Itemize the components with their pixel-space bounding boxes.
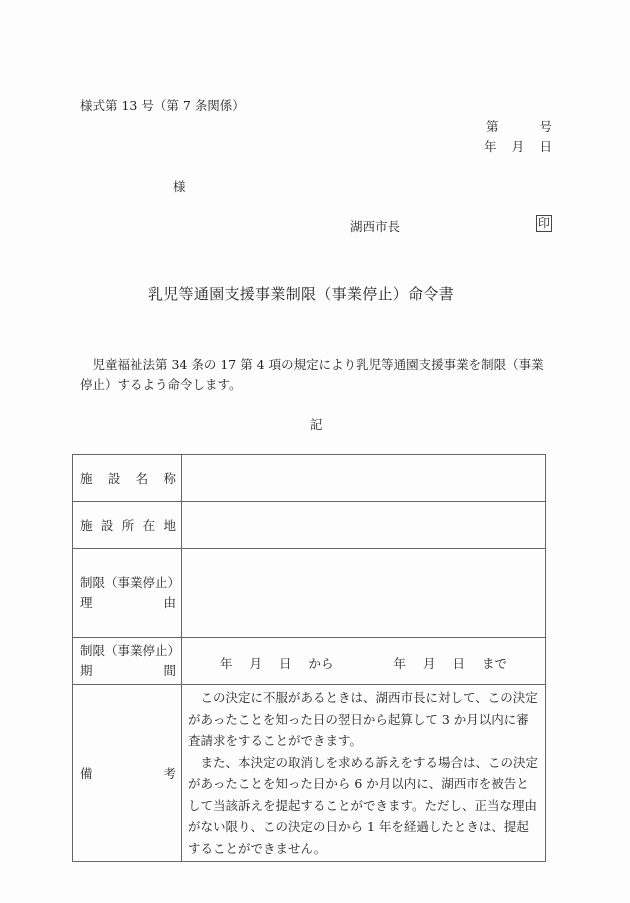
label-char: 施 bbox=[80, 469, 93, 487]
period-value[interactable]: 年 月 日 から 年 月 日 まで bbox=[182, 638, 546, 685]
remarks-label: 備 考 bbox=[73, 685, 182, 862]
reason-label: 制限（事業停止） 理 由 bbox=[73, 549, 182, 638]
remarks-paragraph-lawsuit: また、本決定の取消しを求める訴えをする場合は、この決定があったことを知った日から… bbox=[188, 752, 539, 860]
from-month: 月 bbox=[249, 654, 262, 672]
to-day: 日 bbox=[453, 654, 466, 672]
label-char: 設 bbox=[108, 469, 121, 487]
facility-name-label: 施 設 名 称 bbox=[73, 455, 182, 502]
label-char: 称 bbox=[163, 469, 176, 487]
from-text: から bbox=[308, 654, 333, 672]
issuer: 湖西市長 bbox=[350, 217, 400, 235]
from-day: 日 bbox=[279, 654, 292, 672]
from-year: 年 bbox=[220, 654, 233, 672]
date-day: 日 bbox=[539, 137, 552, 155]
label-char: 施 bbox=[80, 516, 93, 534]
date-month: 月 bbox=[512, 137, 525, 155]
reason-label-line1: 制限（事業停止） bbox=[80, 573, 176, 593]
label-char: 地 bbox=[163, 516, 176, 534]
reason-value[interactable] bbox=[182, 549, 546, 638]
issue-date: 年 月 日 bbox=[484, 137, 552, 155]
label-char: 理 bbox=[80, 593, 93, 613]
table-row-facility-name: 施 設 名 称 bbox=[73, 455, 546, 502]
table-row-remarks: 備 考 この決定に不服があるときは、湖西市長に対して、この決定があったことを知っ… bbox=[73, 685, 546, 862]
body-text: 児童福祉法第 34 条の 17 第 4 項の規定により乳児等通園支援事業を制限（… bbox=[80, 355, 550, 395]
label-char: 設 bbox=[101, 516, 114, 534]
label-char: 間 bbox=[163, 661, 176, 681]
to-year: 年 bbox=[394, 654, 407, 672]
facility-name-value[interactable] bbox=[182, 455, 546, 502]
table-row-facility-address: 施 設 所 在 地 bbox=[73, 502, 546, 549]
remarks-paragraph-appeal: この決定に不服があるときは、湖西市長に対して、この決定があったことを知った日の翌… bbox=[188, 687, 539, 752]
table-row-period: 制限（事業停止） 期 間 年 月 日 から 年 月 日 まで bbox=[73, 638, 546, 685]
document-title: 乳児等通園支援事業制限（事業停止）命令書 bbox=[148, 283, 454, 304]
facility-address-value[interactable] bbox=[182, 502, 546, 549]
label-char: 所 bbox=[122, 516, 135, 534]
number-suffix: 号 bbox=[539, 117, 552, 135]
label-char: 備 bbox=[80, 764, 93, 782]
addressee: 様 bbox=[173, 177, 186, 195]
form-number: 様式第 13 号（第 7 条関係） bbox=[80, 96, 245, 114]
to-month: 月 bbox=[423, 654, 436, 672]
seal-stamp-icon: 印 bbox=[536, 215, 552, 232]
date-year: 年 bbox=[484, 137, 497, 155]
label-char: 名 bbox=[136, 469, 149, 487]
number-prefix: 第 bbox=[486, 117, 499, 135]
table-row-reason: 制限（事業停止） 理 由 bbox=[73, 549, 546, 638]
remarks-value: この決定に不服があるときは、湖西市長に対して、この決定があったことを知った日の翌… bbox=[182, 685, 546, 862]
order-details-table: 施 設 名 称 施 設 所 在 地 制限（事業停止） 理 由 bbox=[72, 454, 546, 862]
facility-address-label: 施 設 所 在 地 bbox=[73, 502, 182, 549]
label-char: 期 bbox=[80, 661, 93, 681]
label-char: 在 bbox=[143, 516, 156, 534]
label-char: 考 bbox=[163, 764, 176, 782]
label-char: 由 bbox=[163, 593, 176, 613]
period-label: 制限（事業停止） 期 間 bbox=[73, 638, 182, 685]
document-number: 第 号 bbox=[486, 117, 552, 135]
ki-heading: 記 bbox=[310, 415, 323, 433]
to-text: まで bbox=[482, 654, 507, 672]
period-label-line1: 制限（事業停止） bbox=[80, 641, 176, 661]
